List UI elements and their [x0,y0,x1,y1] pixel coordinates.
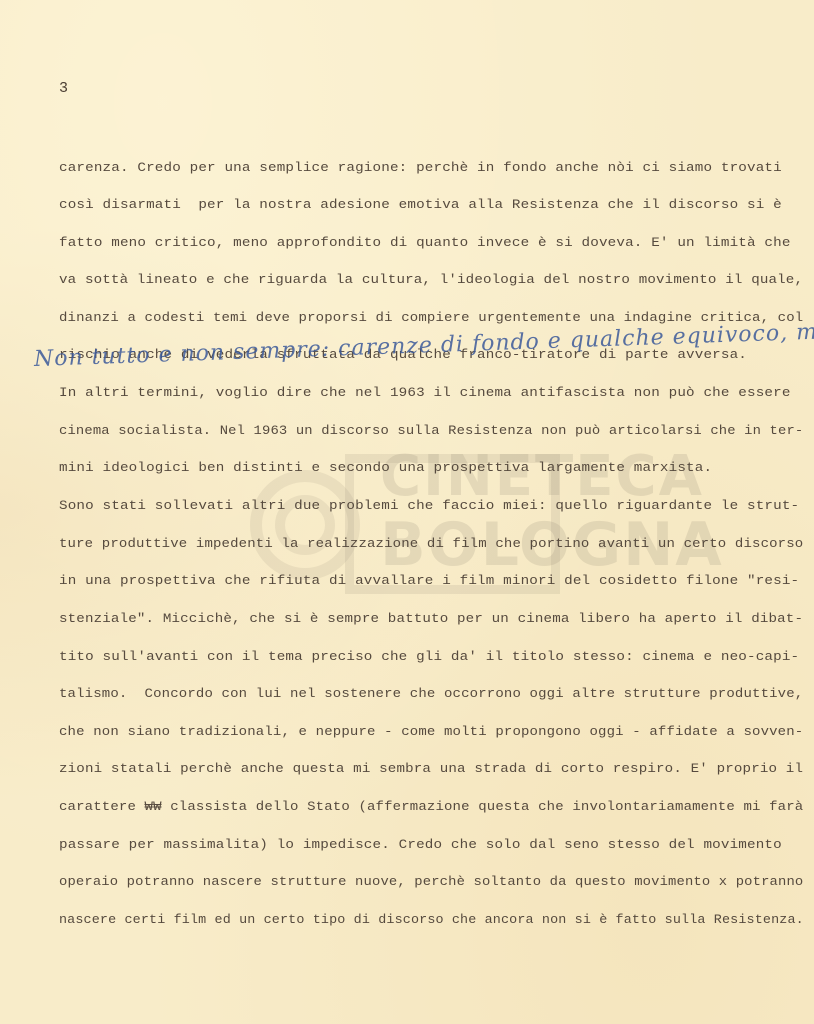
text-line: zioni statali perchè anche questa mi sem… [59,761,803,777]
text-line: carattere ₩₩ classista dello Stato (affe… [59,799,803,815]
text-line: mini ideologici ben distinti e secondo u… [59,460,712,476]
text-line: cinema socialista. Nel 1963 un discorso … [59,423,803,439]
text-line: ture produttive impedenti la realizzazio… [59,536,803,552]
text-line: in una prospettiva che rifiuta di avvall… [59,573,799,589]
text-line: che non siano tradizionali, e neppure - … [59,724,803,740]
text-line: fatto meno critico, meno approfondito di… [59,235,791,251]
text-line: passare per massimalita) lo impedisce. C… [59,837,782,853]
text-line: va sottà lineato e che riguarda la cultu… [59,272,803,288]
watermark-logo-icon [250,470,360,580]
text-line: carenza. Credo per una semplice ragione:… [59,160,782,176]
page-number: 3 [59,80,68,97]
document-page: CINETECA BOLOGNA 3 carenza. Credo per un… [0,0,814,1024]
text-line: nascere certi film ed un certo tipo di d… [59,912,804,928]
text-line: operaio potranno nascere strutture nuove… [59,874,803,890]
text-line: tito sull'avanti con il tema preciso che… [59,649,799,665]
text-line: stenziale". Miccichè, che si è sempre ba… [59,611,803,627]
text-line: talismo. Concordo con lui nel sostenere … [59,686,803,702]
text-line: Sono stati sollevati altri due problemi … [59,498,799,514]
text-line: così disarmati per la nostra adesione em… [59,197,782,213]
text-line: In altri termini, voglio dire che nel 19… [59,385,791,401]
